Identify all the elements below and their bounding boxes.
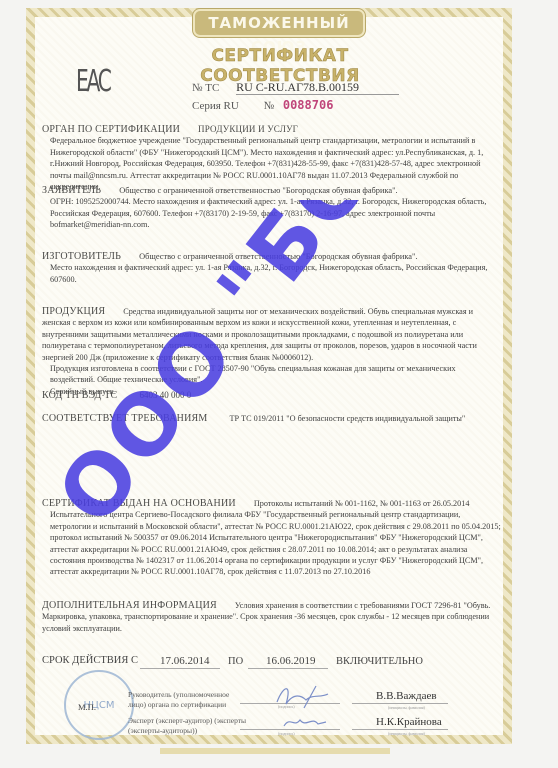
name-caption: (инициалы, фамилия)	[388, 731, 425, 736]
sign-caption: (подпись)	[278, 731, 295, 736]
seal-place-label: М.П.	[78, 702, 96, 712]
section-heading: ОРГАН ПО СЕРТИФИКАЦИИ	[42, 124, 180, 135]
series-no-label: №	[264, 100, 275, 112]
section-text: Федеральное бюджетное учреждение "Госуда…	[42, 135, 502, 192]
customs-union-banner: ТАМОЖЕННЫЙ СОЮЗ	[193, 9, 365, 37]
section-heading: СЕРТИФИКАТ ВЫДАН НА ОСНОВАНИИ	[42, 498, 236, 509]
section-heading: ДОПОЛНИТЕЛЬНАЯ ИНФОРМАЦИЯ	[42, 600, 217, 611]
section-heading-value: Общество с ограниченной ответственностью…	[139, 252, 417, 261]
section-basis: СЕРТИФИКАТ ВЫДАН НА ОСНОВАНИИПротоколы и…	[42, 498, 502, 578]
validity-date-to: 16.06.2019	[266, 655, 316, 667]
validity-inclusive-label: ВКЛЮЧИТЕЛЬНО	[336, 656, 423, 667]
number-label: № ТС	[192, 82, 219, 94]
expert-signature-icon	[280, 712, 340, 732]
section-text: Испытательного центра Сергиево-Посадског…	[42, 509, 502, 577]
certificate-number: RU C-RU.АГ78.В.00159	[236, 80, 399, 95]
section-heading: КОД ТН ВЭД ТС	[42, 390, 117, 401]
section-heading: ИЗГОТОВИТЕЛЬ	[42, 251, 121, 262]
sign-caption: (подпись)	[278, 704, 295, 709]
section-hs-code: КОД ТН ВЭД ТС6403 40 000 0	[42, 390, 502, 401]
validity-to-label: ПО	[228, 656, 243, 667]
section-text: ОГРН: 1095252000744. Место нахождения и …	[42, 196, 502, 230]
section-heading: ПРОДУКЦИЯ	[42, 306, 105, 317]
name-caption: (инициалы, фамилия)	[388, 705, 425, 710]
footer-print-strip	[160, 748, 390, 754]
expert-name-line	[352, 729, 448, 730]
section-applicant: ЗАЯВИТЕЛЬОбщество с ограниченной ответст…	[42, 185, 502, 231]
section-heading: ЗАЯВИТЕЛЬ	[42, 185, 101, 196]
section-manufacturer: ИЗГОТОВИТЕЛЬОбщество с ограниченной отве…	[42, 251, 502, 285]
certification-stamp: НЦСМ	[64, 670, 134, 740]
section-heading-value: Общество с ограниченной ответственностью…	[119, 186, 397, 195]
section-product: ПРОДУКЦИЯСредства индивидуальной защиты …	[42, 306, 502, 397]
validity-from-label: СРОК ДЕЙСТВИЯ С	[42, 655, 138, 666]
head-signatory-label: Руководитель (уполномоченное лицо) орган…	[128, 690, 248, 710]
section-certification-body: ОРГАН ПО СЕРТИФИКАЦИИПРОДУКЦИИ И УСЛУГ Ф…	[42, 124, 502, 192]
date-to-underline	[248, 668, 328, 669]
section-heading-value: Протоколы испытаний № 001-1162, № 001-11…	[254, 499, 470, 508]
section-heading: СООТВЕТСТВУЕТ ТРЕБОВАНИЯМ	[42, 413, 207, 424]
series-label: Серия RU	[192, 100, 239, 112]
series-row: Серия RU № 0088706	[192, 98, 333, 112]
expert-label: Эксперт (эксперт-аудитор) (эксперты (экс…	[128, 716, 258, 736]
section-conforms: СООТВЕТСТВУЕТ ТРЕБОВАНИЯМТР ТС 019/2011 …	[42, 413, 502, 424]
validity-date-from: 17.06.2014	[160, 655, 210, 667]
expert-name: Н.К.Крайнова	[376, 716, 442, 728]
section-additional: ДОПОЛНИТЕЛЬНАЯ ИНФОРМАЦИЯУсловия хранени…	[42, 600, 502, 634]
conforms-value: ТР ТС 019/2011 "О безопасности средств и…	[229, 414, 465, 423]
eac-logo: EAC	[76, 64, 110, 99]
certificate-number-row: № ТС RU C-RU.АГ78.В.00159	[192, 80, 399, 95]
section-heading-value: Средства индивидуальной защиты ног от ме…	[42, 307, 477, 362]
date-from-underline	[140, 668, 220, 669]
section-heading-value: ПРОДУКЦИИ И УСЛУГ	[198, 124, 298, 134]
series-number: 0088706	[283, 98, 334, 112]
head-name: В.В.Важдаев	[376, 690, 437, 702]
hs-code-value: 6403 40 000 0	[139, 390, 191, 400]
section-text: Место нахождения и фактический адрес: ул…	[42, 262, 502, 285]
head-name-line	[352, 703, 448, 704]
section-text: Продукция изготовлена в соответствии с Г…	[42, 363, 502, 386]
